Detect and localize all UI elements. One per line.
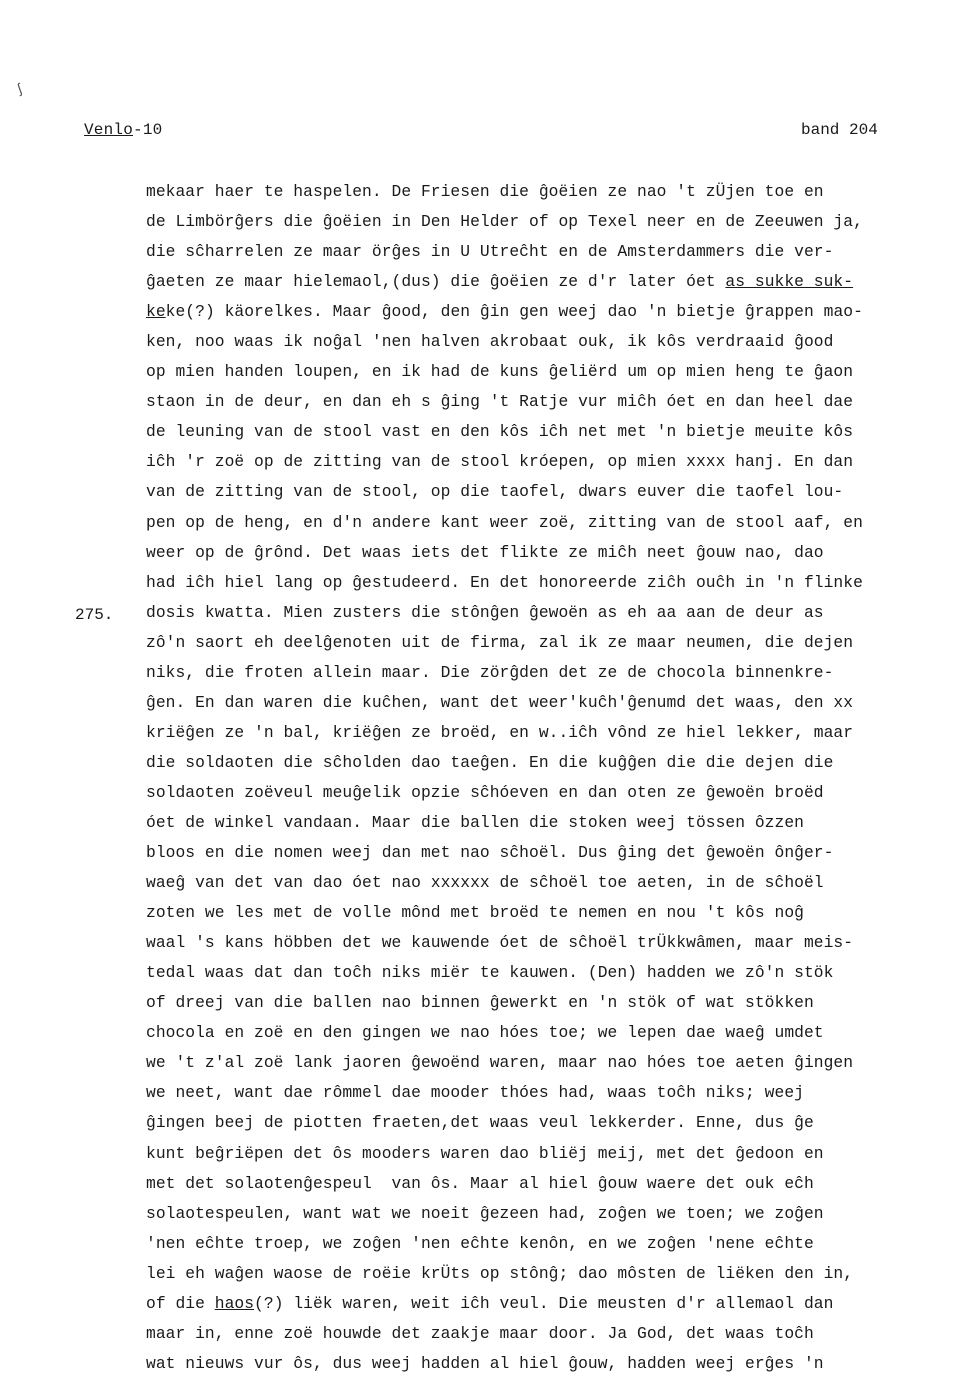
page-header-location: Venlo-10 [84,121,162,139]
text-line: we 't z'al zoë lank jaoren ĝewoënd waren… [146,1052,886,1082]
text-line: staon in de deur, en dan eh s ĝing 't Ra… [146,391,886,421]
text-line: de leuning van de stool vast en den kôs … [146,421,886,451]
text-segment: ke(?) käorelkes. Maar ĝood, den ĝin gen … [166,302,863,321]
header-location-number: -10 [133,121,162,139]
text-line: maar in, enne zoë houwde det zaakje maar… [146,1323,886,1353]
typewritten-page: ʃ Venlo-10 band 204 275. mekaar haer te … [0,0,973,1387]
text-line: ken, noo waas ik noĝal 'nen halven akrob… [146,331,886,361]
text-line: mekaar haer te haspelen. De Friesen die … [146,181,886,211]
text-line: chocola en zoë en den gingen we nao hóes… [146,1022,886,1052]
stray-pen-mark: ʃ [14,81,27,99]
text-line: of die haos(?) liëk waren, weit iĉh veul… [146,1293,886,1323]
text-line: niks, die froten allein maar. Die zörĝde… [146,662,886,692]
text-line: weer op de ĝrônd. Det waas iets det flik… [146,542,886,572]
text-segment: (?) liëk waren, weit iĉh veul. Die meust… [254,1294,833,1313]
text-line: tedal waas dat dan toĉh niks miër te kau… [146,962,886,992]
text-line: de Limbörĝers die ĝoëien in Den Helder o… [146,211,886,241]
underlined-uncertain-word: ke [146,302,166,321]
transcript-body: mekaar haer te haspelen. De Friesen die … [146,181,886,1383]
text-line: of dreej van die ballen nao binnen ĝewer… [146,992,886,1022]
text-line: met det solaotenĝespeul van ôs. Maar al … [146,1173,886,1203]
text-line: zoten we les met de volle mônd met broëd… [146,902,886,932]
text-line: óet de winkel vandaan. Maar die ballen d… [146,812,886,842]
margin-counter-number: 275. [75,606,113,624]
text-line: kunt beĝriëpen det ôs mooders waren dao … [146,1143,886,1173]
text-line: die sĉharrelen ze maar örĝes in U Utreĉh… [146,241,886,271]
underlined-uncertain-words: as sukke suk- [725,272,853,291]
text-line: die soldaoten die sĉholden dao taeĝen. E… [146,752,886,782]
text-line: ĝingen beej de piotten fraeten,det waas … [146,1112,886,1142]
text-line: kriëĝen ze 'n bal, kriëĝen ze broëd, en … [146,722,886,752]
text-line: bloos en die nomen weej dan met nao sĉho… [146,842,886,872]
text-line: keke(?) käorelkes. Maar ĝood, den ĝin ge… [146,301,886,331]
text-line: pen op de heng, en d'n andere kant weer … [146,512,886,542]
text-line: soldaoten zoëveul meuĝelik opzie sĉhóeve… [146,782,886,812]
text-line: ĝen. En dan waren die kuĉhen, want det w… [146,692,886,722]
text-segment: ĝaeten ze maar hielemaol,(dus) die ĝoëie… [146,272,725,291]
text-line: dosis kwatta. Mien zusters die stônĝen ĝ… [146,602,886,632]
text-line: solaotespeulen, want wat we noeit ĝezeen… [146,1203,886,1233]
text-line: waeĝ van det van dao óet nao xxxxxx de s… [146,872,886,902]
text-line: waal 's kans höbben det we kauwende óet … [146,932,886,962]
text-line: op mien handen loupen, en ik had de kuns… [146,361,886,391]
page-header-tape-number: band 204 [801,121,878,139]
underlined-uncertain-word: haos [215,1294,254,1313]
text-line: lei eh waĝen waose de roëie krÜts op stô… [146,1263,886,1293]
text-line: van de zitting van de stool, op die taof… [146,481,886,511]
text-line: had iĉh hiel lang op ĝestudeerd. En det … [146,572,886,602]
text-line: we neet, want dae rômmel dae mooder thóe… [146,1082,886,1112]
text-line: wat nieuws vur ôs, dus weej hadden al hi… [146,1353,886,1383]
text-line: 'nen eĉhte troep, we zoĝen 'nen eĉhte ke… [146,1233,886,1263]
text-line: iĉh 'r zoë op de zitting van de stool kr… [146,451,886,481]
text-line: zô'n saort eh deelĝenoten uit de firma, … [146,632,886,662]
header-location-name: Venlo [84,121,133,139]
text-segment: of die [146,1294,215,1313]
text-line: ĝaeten ze maar hielemaol,(dus) die ĝoëie… [146,271,886,301]
